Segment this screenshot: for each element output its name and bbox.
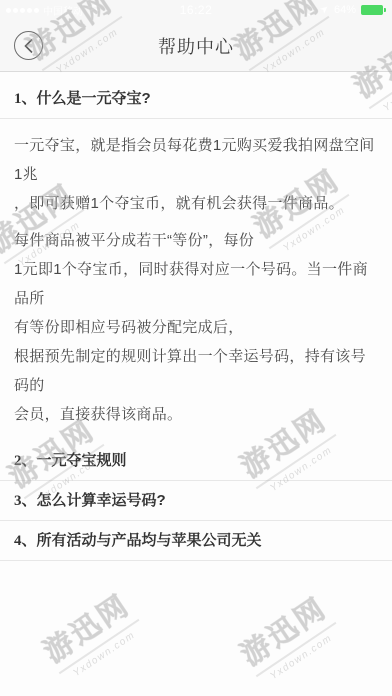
- chevron-left-icon: [23, 38, 34, 54]
- section-header-apple-disclaimer[interactable]: 4、所有活动与产品均与苹果公司无关: [0, 521, 392, 561]
- section-number: 1、: [14, 91, 37, 107]
- watermark: 游迅网Yxdown.com: [217, 576, 359, 696]
- section-title: 一元夺宝规则: [37, 452, 127, 469]
- status-right: ➤ 64%: [212, 4, 386, 16]
- paragraph: 一元夺宝，就是指会员每花费1元购买爱我拍网盘空间1兆 ，即可获赠1个夺宝币，就有…: [14, 131, 378, 218]
- help-center-screen: 中国移动 16:22 ➤ 64% 帮助中心 1、什么是一: [0, 0, 392, 696]
- section-body: 一元夺宝，就是指会员每花费1元购买爱我拍网盘空间1兆 ，即可获赠1个夺宝币，就有…: [0, 119, 392, 441]
- watermark: 游迅网Yxdown.com: [20, 573, 162, 696]
- status-time: 16:22: [180, 3, 213, 17]
- signal-strength-icon: [6, 8, 39, 13]
- back-button[interactable]: [14, 31, 43, 60]
- page-title: 帮助中心: [158, 33, 234, 59]
- section-header-rules[interactable]: 2、一元夺宝规则: [0, 441, 392, 481]
- section-header-lucky-number[interactable]: 3、怎么计算幸运号码?: [0, 481, 392, 521]
- battery-percent-label: 64%: [334, 4, 356, 16]
- battery-icon: [361, 5, 383, 15]
- paragraph: 每件商品被平分成若干“等份”，每份 1元即1个夺宝币，同时获得对应一个号码。当一…: [14, 226, 378, 429]
- section-title: 所有活动与产品均与苹果公司无关: [37, 532, 262, 549]
- location-icon: ➤: [318, 3, 331, 16]
- status-left: 中国移动: [6, 3, 180, 18]
- alarm-icon: [305, 5, 316, 16]
- section-number: 3、: [14, 493, 37, 509]
- section-number: 2、: [14, 453, 37, 469]
- status-bar: 中国移动 16:22 ➤ 64%: [0, 0, 392, 20]
- carrier-label: 中国移动: [43, 3, 83, 18]
- section-header-what-is-yiyuanduobao[interactable]: 1、什么是一元夺宝?: [0, 79, 392, 119]
- section-title: 什么是一元夺宝?: [37, 90, 151, 107]
- section-title: 怎么计算幸运号码?: [37, 492, 166, 509]
- wifi-icon: [87, 5, 102, 16]
- nav-bar: 帮助中心: [0, 20, 392, 72]
- section-number: 4、: [14, 533, 37, 549]
